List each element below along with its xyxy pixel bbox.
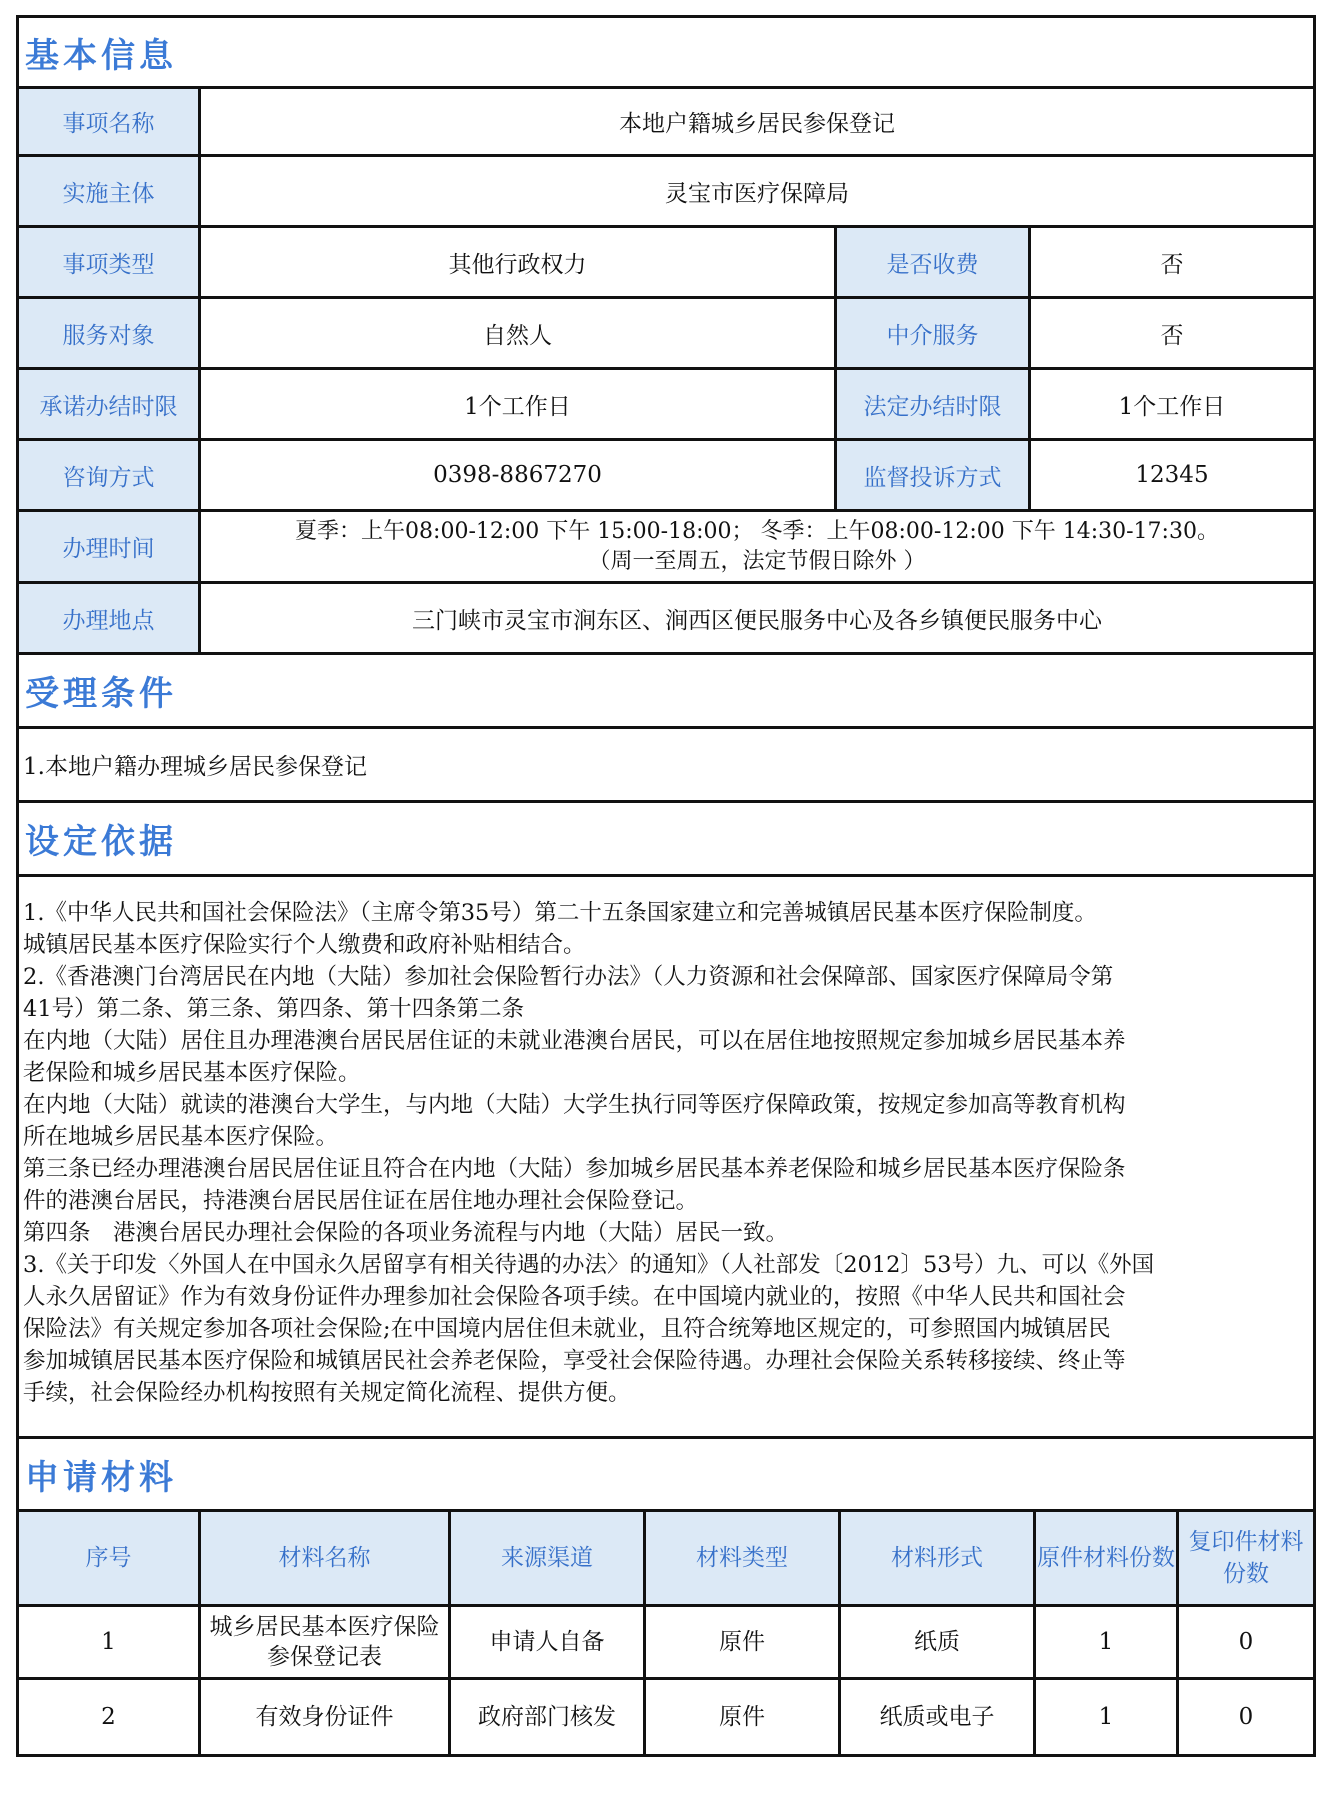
section-title: 设定依据 xyxy=(25,822,177,862)
col-header-source: 来源渠道 xyxy=(450,1511,645,1606)
cell-no: 1 xyxy=(18,1606,200,1679)
col-header-copies: 复印件材料份数 xyxy=(1178,1511,1315,1606)
section-title: 基本信息 xyxy=(25,36,177,76)
cell-no: 2 xyxy=(18,1679,200,1756)
cell-source: 申请人自备 xyxy=(450,1606,645,1679)
cell-name: 有效身份证件 xyxy=(200,1679,450,1756)
basis-line: 件的港澳台居民，持港澳台居民居住证在居住地办理社会保险登记。 xyxy=(23,1185,1305,1217)
basis-line: 参加城镇居民基本医疗保险和城镇居民社会养老保险，享受社会保险待遇。办理社会保险关… xyxy=(23,1345,1305,1377)
basis-line: 1.《中华人民共和国社会保险法》（主席令第35号）第二十五条国家建立和完善城镇居… xyxy=(23,897,1305,929)
complaint-label: 监督投诉方式 xyxy=(836,440,1030,511)
implementer-label: 实施主体 xyxy=(18,156,200,227)
basis-line: 3.《关于印发〈外国人在中国永久居留享有相关待遇的办法〉的通知》（人社部发〔20… xyxy=(23,1249,1305,1281)
fee-label: 是否收费 xyxy=(836,227,1030,298)
basis-line: 城镇居民基本医疗保险实行个人缴费和政府补贴相结合。 xyxy=(23,929,1305,961)
basis-line: 41号）第二条、第三条、第四条、第十四条第二条 xyxy=(23,993,1305,1025)
basic-info-header: 基本信息 xyxy=(18,17,1315,88)
section-title: 受理条件 xyxy=(25,674,177,714)
location-value: 三门峡市灵宝市涧东区、涧西区便民服务中心及各乡镇便民服务中心 xyxy=(200,583,1315,654)
materials-table: 申请材料 序号 材料名称 来源渠道 材料类型 材料形式 原件材料份数 复印件材料… xyxy=(16,1436,1316,1757)
basis-line: 在内地（大陆）居住且办理港澳台居民居住证的未就业港澳台居民，可以在居住地按照规定… xyxy=(23,1025,1305,1057)
cell-originals: 1 xyxy=(1035,1606,1178,1679)
cell-form: 纸质或电子 xyxy=(840,1679,1035,1756)
cell-name: 城乡居民基本医疗保险参保登记表 xyxy=(200,1606,450,1679)
hours-label: 办理时间 xyxy=(18,511,200,583)
basis-line: 2.《香港澳门台湾居民在内地（大陆）参加社会保险暂行办法》（人力资源和社会保障部… xyxy=(23,961,1305,993)
legal-limit-label: 法定办结时限 xyxy=(836,369,1030,440)
basis-header: 设定依据 xyxy=(18,802,1315,876)
item-name-value: 本地户籍城乡居民参保登记 xyxy=(200,88,1315,156)
intermediary-label: 中介服务 xyxy=(836,298,1030,369)
conditions-text: 1.本地户籍办理城乡居民参保登记 xyxy=(18,728,1315,802)
hours-value: 夏季：上午08:00-12:00 下午 15:00-18:00； 冬季：上午08… xyxy=(200,511,1315,583)
basis-text: 1.《中华人民共和国社会保险法》（主席令第35号）第二十五条国家建立和完善城镇居… xyxy=(18,876,1315,1438)
cell-type: 原件 xyxy=(645,1606,840,1679)
col-header-name: 材料名称 xyxy=(200,1511,450,1606)
table-row: 2 有效身份证件 政府部门核发 原件 纸质或电子 1 0 xyxy=(18,1679,1315,1756)
location-label: 办理地点 xyxy=(18,583,200,654)
consult-label: 咨询方式 xyxy=(18,440,200,511)
service-target-label: 服务对象 xyxy=(18,298,200,369)
basis-line: 第四条 港澳台居民办理社会保险的各项业务流程与内地（大陆）居民一致。 xyxy=(23,1217,1305,1249)
basis-line: 所在地城乡居民基本医疗保险。 xyxy=(23,1121,1305,1153)
basis-line: 保险法》有关规定参加各项社会保险;在中国境内居住但未就业，且符合统筹地区规定的，… xyxy=(23,1313,1305,1345)
basis-line: 手续，社会保险经办机构按照有关规定简化流程、提供方便。 xyxy=(23,1377,1305,1409)
service-target-value: 自然人 xyxy=(200,298,836,369)
cell-type: 原件 xyxy=(645,1679,840,1756)
conditions-header: 受理条件 xyxy=(18,654,1315,728)
basis-line: 人永久居留证》作为有效身份证件办理参加社会保险各项手续。在中国境内就业的，按照《… xyxy=(23,1281,1305,1313)
cell-form: 纸质 xyxy=(840,1606,1035,1679)
fee-value: 否 xyxy=(1030,227,1315,298)
item-type-value: 其他行政权力 xyxy=(200,227,836,298)
cell-originals: 1 xyxy=(1035,1679,1178,1756)
materials-header: 申请材料 xyxy=(18,1438,1315,1511)
basis-line: 在内地（大陆）就读的港澳台大学生，与内地（大陆）大学生执行同等医疗保障政策，按规… xyxy=(23,1089,1305,1121)
section-title: 申请材料 xyxy=(25,1458,177,1498)
cell-copies: 0 xyxy=(1178,1679,1315,1756)
intermediary-value: 否 xyxy=(1030,298,1315,369)
promised-limit-value: 1个工作日 xyxy=(200,369,836,440)
implementer-value: 灵宝市医疗保障局 xyxy=(200,156,1315,227)
item-type-label: 事项类型 xyxy=(18,227,200,298)
service-guide-document: 基本信息 事项名称 本地户籍城乡居民参保登记 实施主体 灵宝市医疗保障局 事项类… xyxy=(16,15,1313,1757)
consult-value: 0398-8867270 xyxy=(200,440,836,511)
cell-copies: 0 xyxy=(1178,1606,1315,1679)
col-header-form: 材料形式 xyxy=(840,1511,1035,1606)
basis-line: 老保险和城乡居民基本医疗保险。 xyxy=(23,1057,1305,1089)
basis-line: 第三条已经办理港澳台居民居住证且符合在内地（大陆）参加城乡居民基本养老保险和城乡… xyxy=(23,1153,1305,1185)
table-row: 1 城乡居民基本医疗保险参保登记表 申请人自备 原件 纸质 1 0 xyxy=(18,1606,1315,1679)
col-header-originals: 原件材料份数 xyxy=(1035,1511,1178,1606)
item-name-label: 事项名称 xyxy=(18,88,200,156)
legal-limit-value: 1个工作日 xyxy=(1030,369,1315,440)
basic-info-table: 基本信息 事项名称 本地户籍城乡居民参保登记 实施主体 灵宝市医疗保障局 事项类… xyxy=(16,15,1316,1439)
complaint-value: 12345 xyxy=(1030,440,1315,511)
promised-limit-label: 承诺办结时限 xyxy=(18,369,200,440)
hours-line-1: 夏季：上午08:00-12:00 下午 15:00-18:00； 冬季：上午08… xyxy=(205,517,1309,547)
col-header-no: 序号 xyxy=(18,1511,200,1606)
hours-line-2: （周一至周五，法定节假日除外 ） xyxy=(205,547,1309,577)
col-header-type: 材料类型 xyxy=(645,1511,840,1606)
cell-source: 政府部门核发 xyxy=(450,1679,645,1756)
